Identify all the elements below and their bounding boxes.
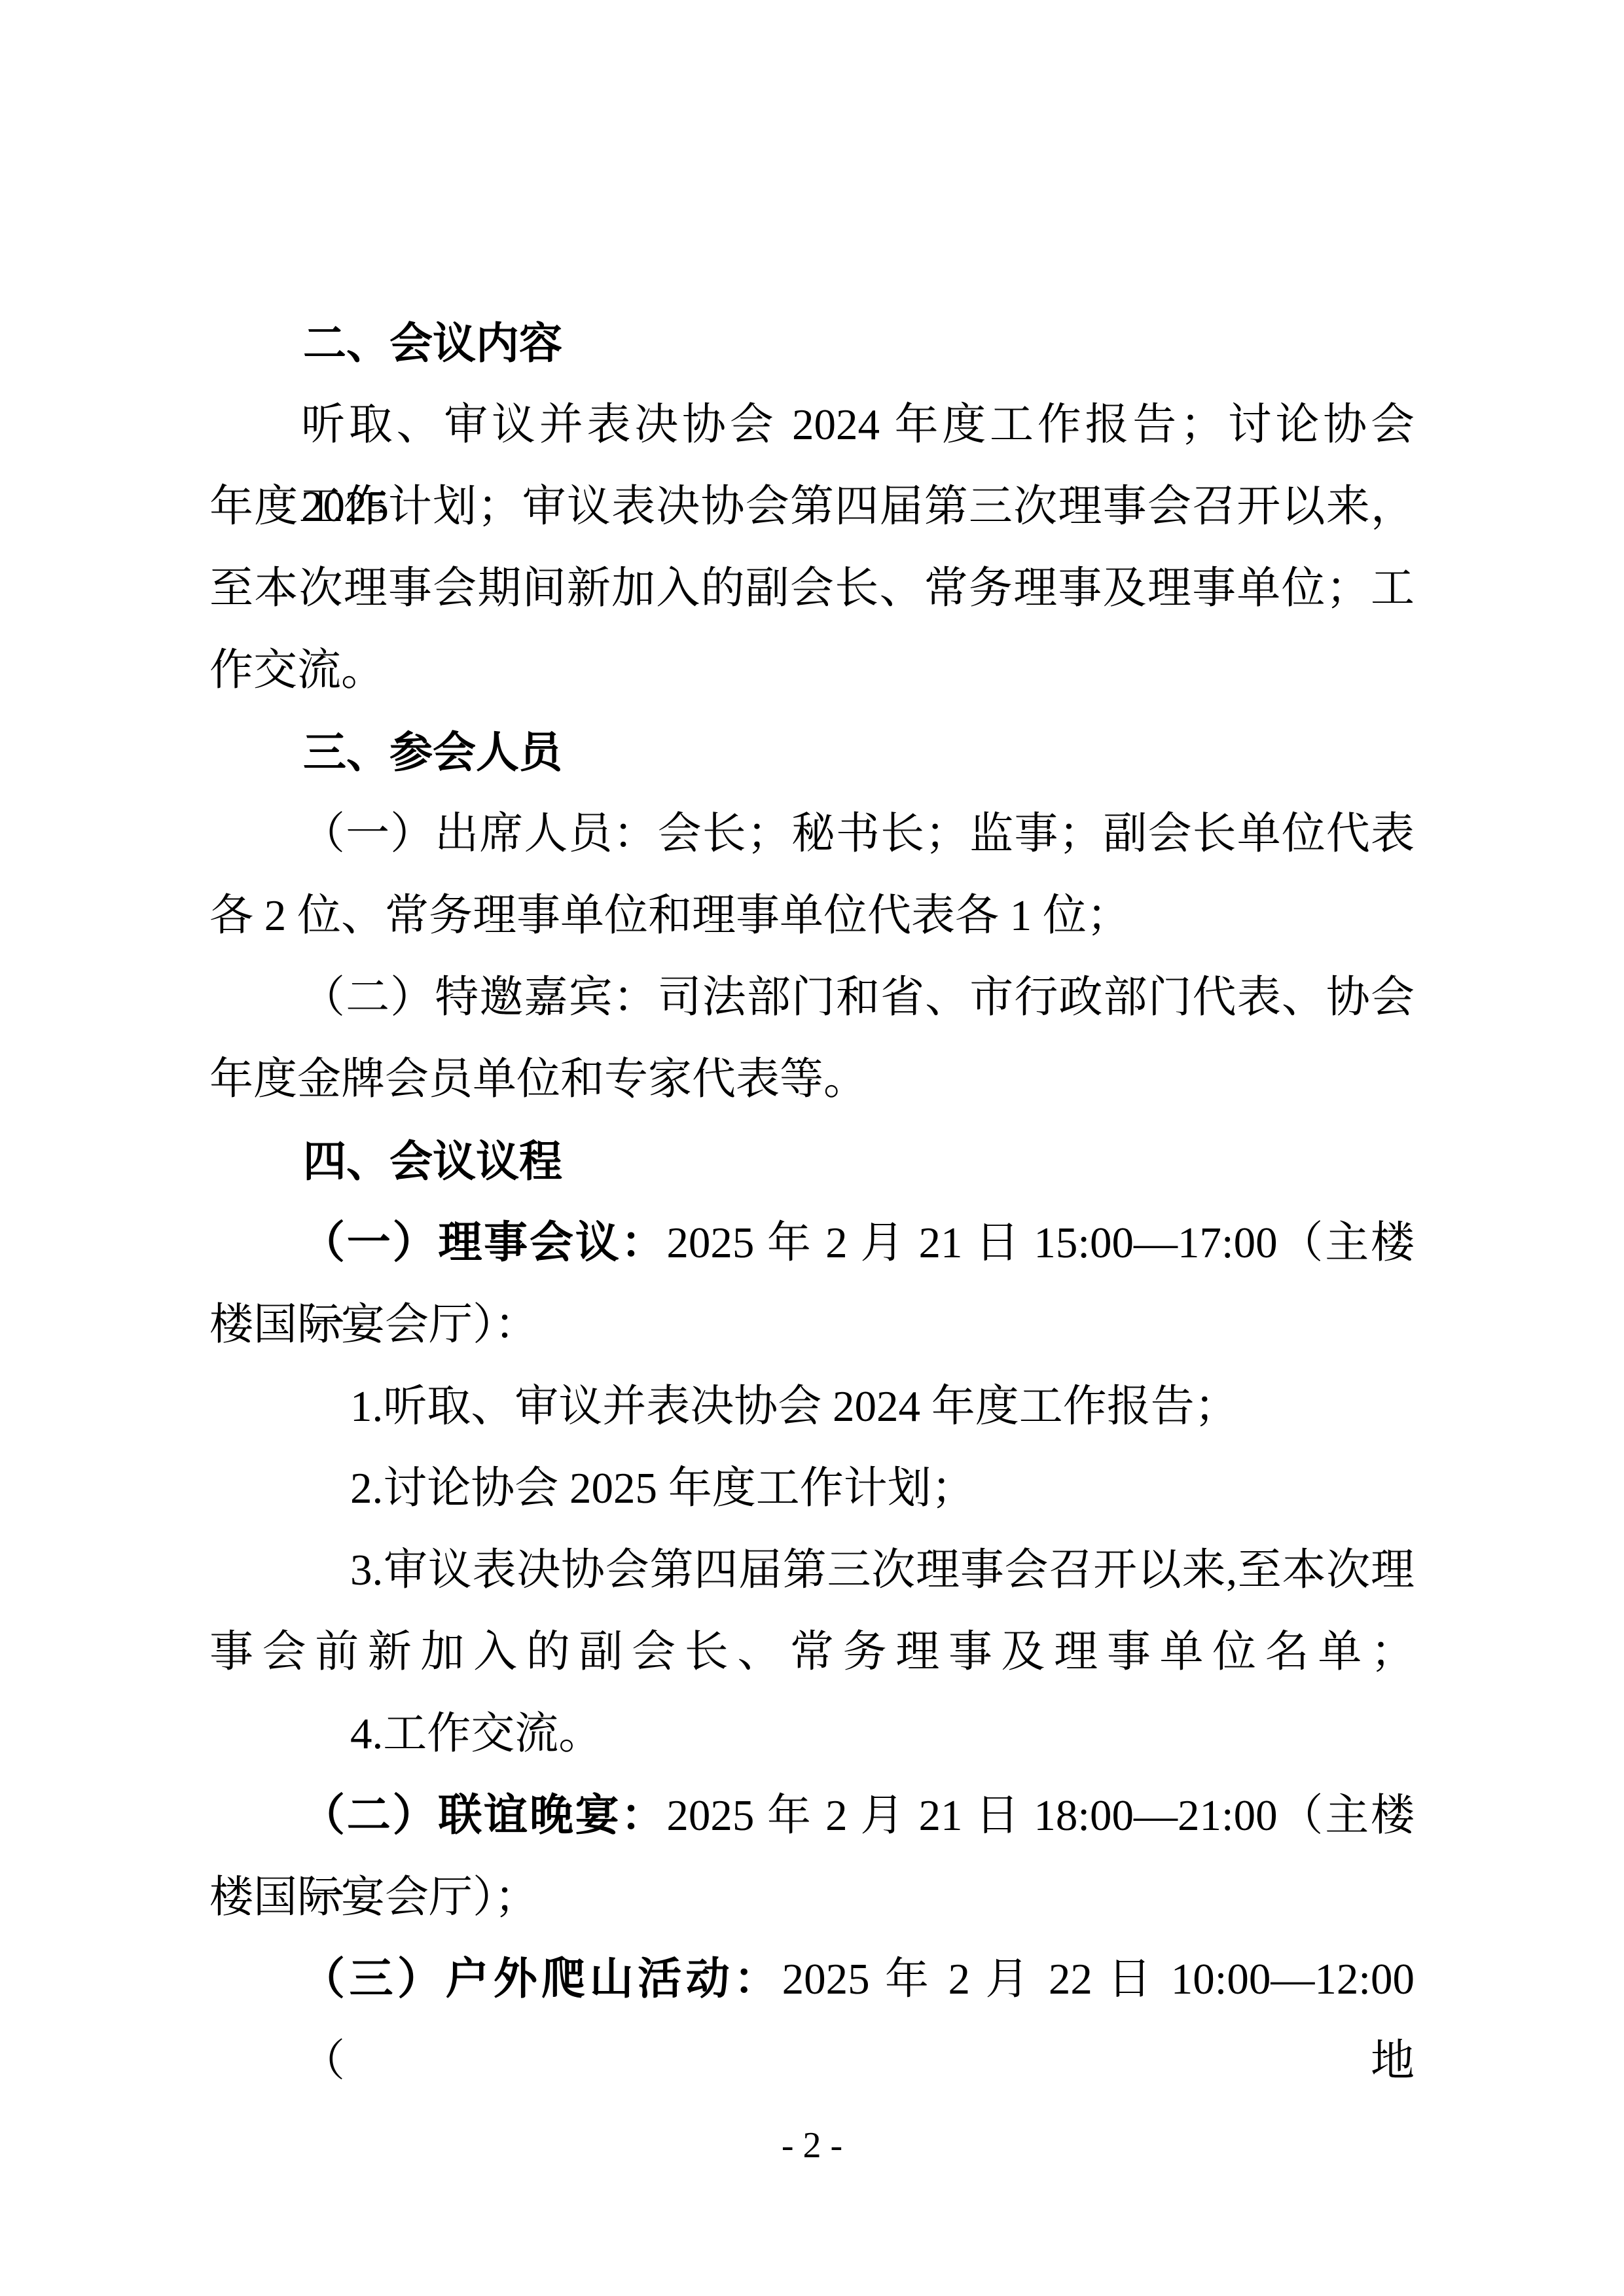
agenda-subitem-line: 3.审议表决协会第四届第三次理事会召开以来,至本次理 [209,1530,1415,1611]
agenda-subitem-line: 1.听取、审议并表决协会 2024 年度工作报告； [209,1366,1415,1448]
paragraph-line: 至本次理事会期间新加入的副会长、常务理事及理事单位；工 [209,548,1415,630]
agenda-item-line: 楼国际宴会厅）； [209,1857,1415,1939]
agenda-item-label: （三）户外爬山活动： [301,1955,782,2003]
agenda-subitem-line: 2.讨论协会 2025 年度工作计划； [209,1448,1415,1530]
agenda-item-label: （一）理事会议： [301,1219,666,1267]
participants-item-line: （一）出席人员：会长；秘书长；监事；副会长单位代表 [209,793,1415,875]
page-number: - 2 - [0,2123,1624,2168]
participants-item-line: 各 2 位、常务理事单位和理事单位代表各 1 位； [209,875,1415,957]
agenda-subitem-line: 4.工作交流。 [209,1693,1415,1775]
agenda-item-line: 楼国际宴会厅）： [209,1284,1415,1366]
paragraph-line: 年度工作计划；审议表决协会第四届第三次理事会召开以来， [209,466,1415,548]
section-heading-meeting-content: 二、会议内容 [209,302,1415,384]
agenda-item-line: （三）户外爬山活动：2025 年 2 月 22 日 10:00—12:00（地 [209,1939,1415,2020]
section-heading-participants: 三、参会人员 [209,711,1415,793]
document-page: 二、会议内容 听取、审议并表决协会 2024 年度工作报告；讨论协会 2025 … [0,0,1624,2296]
agenda-item-line: （一）理事会议：2025 年 2 月 21 日 15:00—17:00（主楼一 [209,1202,1415,1284]
participants-item-line: （二）特邀嘉宾：司法部门和省、市行政部门代表、协会 [209,957,1415,1039]
agenda-subitem-line: 事会前新加入的副会长、常务理事及理事单位名单； [209,1611,1415,1693]
paragraph-line: 作交流。 [209,630,1415,711]
agenda-item-label: （二）联谊晚宴： [301,1791,666,1840]
paragraph-line: 听取、审议并表决协会 2024 年度工作报告；讨论协会 2025 [209,384,1415,466]
agenda-item-line: （二）联谊晚宴：2025 年 2 月 21 日 18:00—21:00（主楼一 [209,1775,1415,1857]
document-body: 二、会议内容 听取、审议并表决协会 2024 年度工作报告；讨论协会 2025 … [209,302,1415,2020]
participants-item-line: 年度金牌会员单位和专家代表等。 [209,1039,1415,1121]
section-heading-agenda: 四、会议议程 [209,1121,1415,1202]
